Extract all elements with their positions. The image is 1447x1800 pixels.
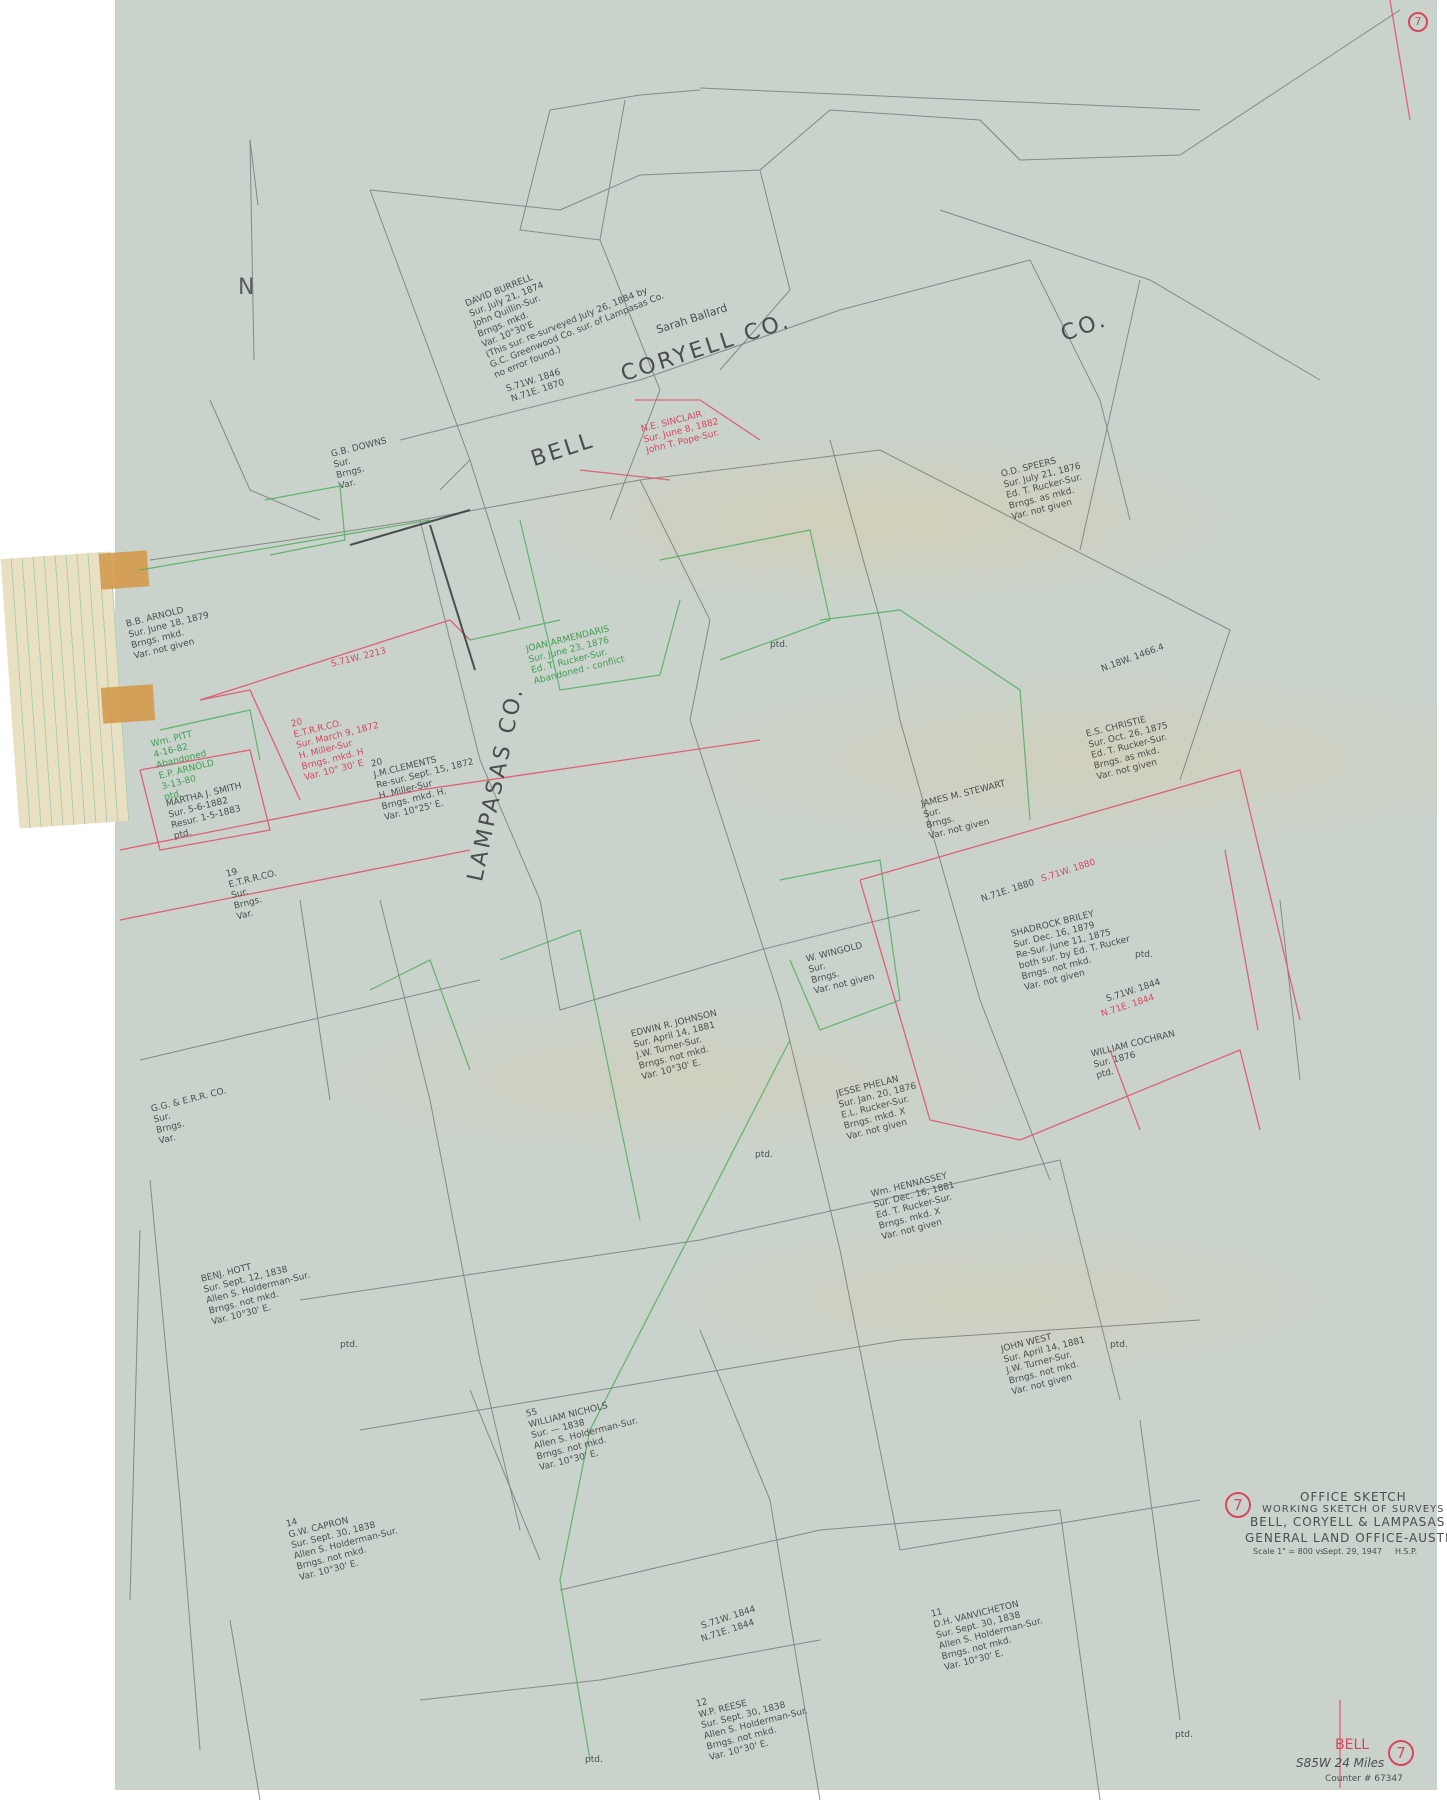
ptd-mark: ptd. (585, 1755, 603, 1766)
title-initials: H.S.P. (1395, 1546, 1417, 1557)
title-line-3: BELL, CORYELL & LAMPASAS COS. (1250, 1515, 1447, 1530)
footer-counter: Counter # 67347 (1325, 1774, 1403, 1785)
title-line-4: GENERAL LAND OFFICE-AUSTIN, TEXAS (1245, 1531, 1447, 1546)
footer-county: BELL (1335, 1740, 1369, 1751)
ptd-mark: ptd. (1110, 1340, 1128, 1351)
sheet-number-badge: 7 (1225, 1492, 1251, 1518)
north-arrow-label: N (238, 282, 254, 293)
title-scale: Scale 1" = 800 vs. (1253, 1546, 1327, 1557)
footer-sheet-number-badge: 7 (1388, 1740, 1414, 1766)
sheet-number-badge-top: 7 (1408, 12, 1428, 32)
ptd-mark: ptd. (340, 1340, 358, 1351)
ptd-mark: ptd. (1175, 1730, 1193, 1741)
ptd-mark: ptd. (770, 640, 788, 651)
survey-lines (0, 0, 1447, 1800)
title-date: Sept. 29, 1947 (1323, 1546, 1382, 1557)
footer-direction: S85W 24 Miles (1296, 1758, 1384, 1769)
ptd-mark: ptd. (755, 1150, 773, 1161)
ptd-mark: ptd. (1135, 950, 1153, 961)
